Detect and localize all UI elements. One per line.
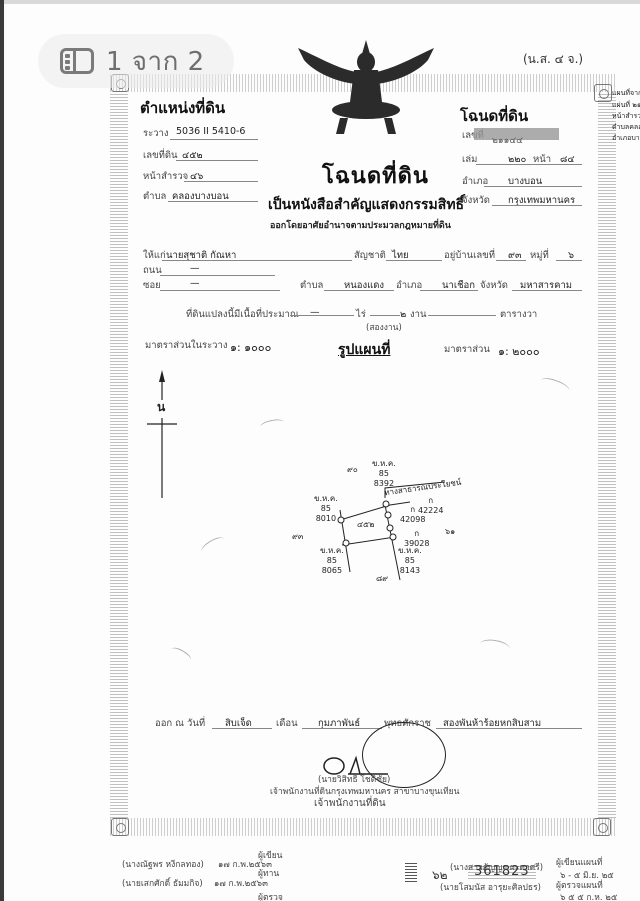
officer-role: เจ้าพนักงานที่ดิน xyxy=(314,796,386,811)
grid-scale-value: ๑: ๑๐๐๐ xyxy=(230,338,271,356)
margin-note: หน้าสำรวจ xyxy=(612,111,640,122)
footer-left-role: ผู้ตรวจ xyxy=(258,890,283,901)
map-scale-value: ๑: ๒๐๐๐ xyxy=(498,342,540,360)
field-label: จังหวัด xyxy=(480,278,508,293)
area-ngan-label: งาน xyxy=(410,307,426,322)
field-label: ตำบล xyxy=(143,189,166,204)
plot-number: ๔๕๒ xyxy=(357,520,374,530)
decorative-border-bottom xyxy=(110,818,616,836)
road-value: — xyxy=(190,263,200,274)
document-title: โฉนดที่ดิน xyxy=(322,158,429,193)
neighbor-north: ๙๐ xyxy=(347,465,358,475)
footer-right-name: (นายโสมนัส อารุยะศิลปธร) xyxy=(440,880,541,894)
field-label: ถนน xyxy=(143,263,162,278)
footer-right-date: ๖ ๕ ๕ ก.ห. ๒๕ xyxy=(560,890,617,901)
document-subtitle: เป็นหนังสือสำคัญแสดงกรรมสิทธิ์ xyxy=(268,194,464,216)
footer-left-name: (นายเสกศักดิ์ ธัมมกิจ) xyxy=(122,876,203,890)
boundary-marker-8065: ข.ห.ค.858065 xyxy=(320,546,344,576)
page-count-text: 1 จาก 2 xyxy=(106,41,205,82)
area-ngan-text: (สองงาน) xyxy=(366,320,402,334)
footer-left-role: ผู้ทาน xyxy=(258,866,279,880)
area-sqwa-label: ตารางวา xyxy=(500,307,537,322)
viewer-left-edge xyxy=(0,0,4,901)
soi-value: — xyxy=(190,278,200,289)
corner-ornament-icon xyxy=(593,818,611,836)
boundary-marker-8143: ข.ห.ค.858143 xyxy=(398,546,422,576)
sidebar-icon[interactable] xyxy=(60,48,94,74)
month-label: เดือน xyxy=(276,716,298,731)
neighbor-east: ๖๑ xyxy=(445,527,455,537)
field-label: อยู่บ้านเลขที่ xyxy=(444,248,495,263)
margin-note: แผนที่จาก xyxy=(612,88,640,99)
margin-note: อำเภอบาง xyxy=(612,133,640,144)
corner-ornament-icon xyxy=(111,818,129,836)
deed-heading: โฉนดที่ดิน xyxy=(460,104,528,128)
neighbor-south: ๘๙ xyxy=(376,574,388,584)
field-label: ระวาง xyxy=(143,126,169,141)
field-label: อำเภอ xyxy=(396,278,422,293)
map-title: รูปแผนที่ xyxy=(338,339,390,361)
field-label: จังหวัด xyxy=(462,193,490,208)
area-rai-value: — xyxy=(310,307,320,318)
boundary-marker-42098: ก42098 xyxy=(400,505,425,525)
page-indicator[interactable]: 1 จาก 2 xyxy=(38,34,234,88)
deed-number-box: ๒๑๑๔๔ xyxy=(474,128,559,140)
survey-sheet-value: 5036 II 5410-6 xyxy=(176,126,245,137)
footer-left-role: ผู้เขียน xyxy=(258,848,283,862)
corner-ornament-icon xyxy=(594,84,612,102)
footer-right-name: (นางสาวกัญญา ผะดาศรี) xyxy=(450,860,543,874)
footer-right-role: ผู้เขียนแผนที่ xyxy=(556,855,602,869)
field-label: เลขที่ดิน xyxy=(143,148,178,163)
north-label: น xyxy=(157,398,165,417)
boundary-marker-8392: ข.ห.ค.858392 xyxy=(372,459,396,489)
boundary-marker-8010: ข.ห.ค.858010 xyxy=(314,494,338,524)
decorative-border-right xyxy=(598,92,616,818)
boundary-marker-39028: ก39028 xyxy=(404,529,429,549)
map-scale-label: มาตราส่วน xyxy=(444,342,490,357)
north-arrow-icon xyxy=(145,368,179,498)
deed-number-value: ๒๑๑๔๔ xyxy=(474,136,523,146)
area-rai-label: ไร่ xyxy=(356,307,366,322)
security-lines-icon xyxy=(405,862,417,882)
field-label: ซอย xyxy=(143,278,161,293)
margin-note: ตำบลคลอง xyxy=(612,122,640,133)
area-label: ที่ดินแปลงนี้มีเนื้อที่ประมาณ xyxy=(186,307,299,322)
decorative-border-left xyxy=(110,92,128,818)
garuda-emblem-icon xyxy=(296,38,436,138)
document-authority-line: ออกโดยอาศัยอำนาจตามประมวลกฎหมายที่ดิน xyxy=(270,218,451,232)
field-label: ตำบล xyxy=(300,278,323,293)
field-label: หมู่ที่ xyxy=(530,248,549,263)
neighbor-west: ๙๓ xyxy=(292,532,303,542)
land-location-heading: ตำแหน่งที่ดิน xyxy=(140,96,225,120)
footer-left-name: (นางณัฐพร หงีกลทอง) xyxy=(122,857,204,871)
form-code: (น.ส. ๔ จ.) xyxy=(523,50,583,69)
grid-scale-label: มาตราส่วนในระวาง xyxy=(145,338,227,353)
field-label: หน้าสำรวจ xyxy=(143,169,188,184)
issued-label: ออก ณ วันที่ xyxy=(155,716,205,731)
field-label: สัญชาติ xyxy=(354,248,386,263)
margin-note: แผ่นที่ ๒๑ xyxy=(612,100,640,111)
